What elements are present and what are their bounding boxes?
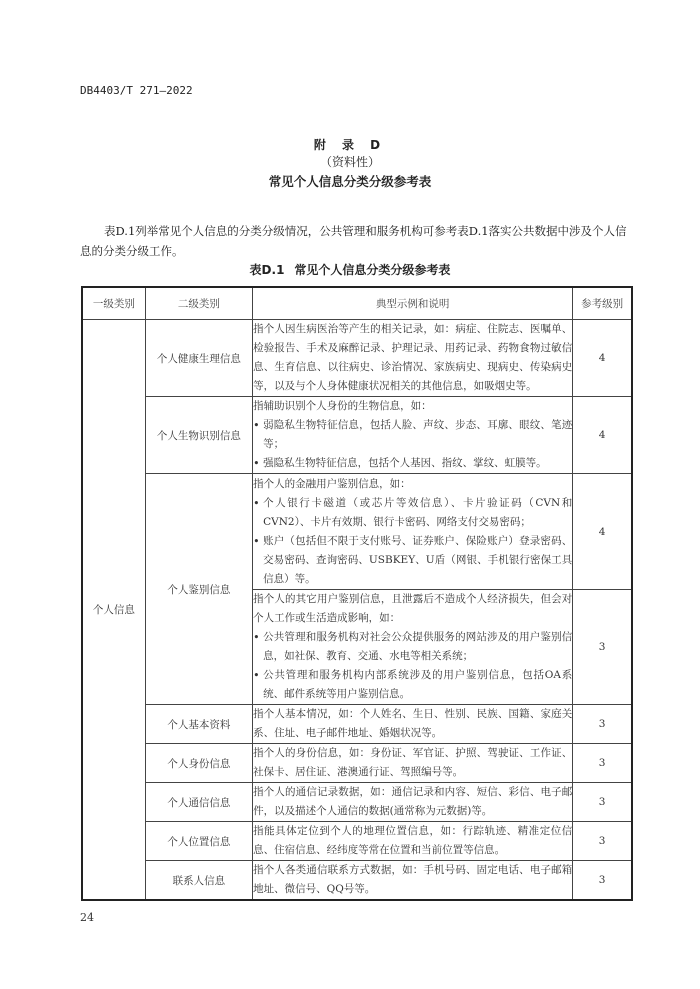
table-caption-number: 表D.1: [250, 263, 285, 277]
secondary-category-cell: 个人通信信息: [145, 783, 252, 822]
description-intro: 指个人各类通信联系方式数据，如：手机号码、固定电话、电子邮箱地址、微信号、QQ号…: [253, 861, 572, 899]
table-caption: 表D.1常见个人信息分类分级参考表: [0, 261, 700, 278]
intro-paragraph: 表D.1列举常见个人信息的分类分级情况，公共管理和服务机构可参考表D.1落实公共…: [80, 221, 628, 261]
secondary-category-cell: 个人基本资料: [145, 705, 252, 744]
table-row: 个人信息 个人健康生理信息 指个人因生病医治等产生的相关记录，如：病症、住院志、…: [82, 320, 632, 397]
table-row: 个人位置信息 指能具体定位到个人的地理位置信息，如：行踪轨迹、精准定位信息、住宿…: [82, 822, 632, 861]
description-bullet: 强隐私生物特征信息，包括个人基因、指纹、掌纹、虹膜等。: [253, 454, 572, 473]
description-cell: 指个人因生病医治等产生的相关记录，如：病症、住院志、医嘱单、检验报告、手术及麻醉…: [253, 320, 573, 397]
description-bullet: 弱隐私生物特征信息，包括人脸、声纹、步态、耳廓、眼纹、笔迹等；: [253, 416, 572, 454]
description-bullet: 公共管理和服务机构内部系统涉及的用户鉴别信息，包括OA系统、邮件系统等用户鉴别信…: [253, 666, 572, 704]
description-cell: 指个人的身份信息，如：身份证、军官证、护照、驾驶证、工作证、社保卡、居住证、港澳…: [253, 744, 573, 783]
level-cell: 3: [573, 822, 632, 861]
description-bullet-list: 个人银行卡磁道（或芯片等效信息）、卡片验证码（CVN和CVN2）、卡片有效期、银…: [253, 494, 572, 589]
table-row: 个人身份信息 指个人的身份信息，如：身份证、军官证、护照、驾驶证、工作证、社保卡…: [82, 744, 632, 783]
table-header-row: 一级类别 二级类别 典型示例和说明 参考级别: [82, 287, 632, 320]
secondary-category-cell: 个人身份信息: [145, 744, 252, 783]
table-caption-title: 常见个人信息分类分级参考表: [294, 263, 450, 277]
description-intro: 指个人的其它用户鉴别信息，且泄露后不造成个人经济损失，但会对个人工作或生活造成影…: [253, 590, 572, 628]
description-bullet-list: 弱隐私生物特征信息，包括人脸、声纹、步态、耳廓、眼纹、笔迹等； 强隐私生物特征信…: [253, 416, 572, 473]
level-cell: 4: [573, 397, 632, 474]
level-cell: 3: [573, 744, 632, 783]
description-bullet: 公共管理和服务机构对社会公众提供服务的网站涉及的用户鉴别信息，如社保、教育、交通…: [253, 628, 572, 666]
table-row: 个人基本资料 指个人基本情况，如：个人姓名、生日、性别、民族、国籍、家庭关系、住…: [82, 705, 632, 744]
description-bullet: 账户（包括但不限于支付账号、证券账户、保险账户）登录密码、交易密码、查询密码、U…: [253, 532, 572, 589]
column-header-examples: 典型示例和说明: [253, 287, 573, 320]
description-intro: 指个人的身份信息，如：身份证、军官证、护照、驾驶证、工作证、社保卡、居住证、港澳…: [253, 744, 572, 782]
page-number: 24: [80, 911, 94, 924]
description-bullet-list: 公共管理和服务机构对社会公众提供服务的网站涉及的用户鉴别信息，如社保、教育、交通…: [253, 628, 572, 704]
column-header-primary-category: 一级类别: [82, 287, 145, 320]
column-header-reference-level: 参考级别: [573, 287, 632, 320]
secondary-category-cell: 联系人信息: [145, 861, 252, 901]
description-bullet: 个人银行卡磁道（或芯片等效信息）、卡片验证码（CVN和CVN2）、卡片有效期、银…: [253, 494, 572, 532]
secondary-category-cell: 个人鉴别信息: [145, 474, 252, 705]
description-intro: 指个人的金融用户鉴别信息，如：: [253, 475, 572, 494]
description-cell: 指能具体定位到个人的地理位置信息，如：行踪轨迹、精准定位信息、住宿信息、经纬度等…: [253, 822, 573, 861]
column-header-secondary-category: 二级类别: [145, 287, 252, 320]
table-row: 个人生物识别信息 指辅助识别个人身份的生物信息，如： 弱隐私生物特征信息，包括人…: [82, 397, 632, 474]
table-row: 个人通信信息 指个人的通信记录数据，如：通信记录和内容、短信、彩信、电子邮件，以…: [82, 783, 632, 822]
description-intro: 指个人因生病医治等产生的相关记录，如：病症、住院志、医嘱单、检验报告、手术及麻醉…: [253, 320, 572, 396]
table-row: 联系人信息 指个人各类通信联系方式数据，如：手机号码、固定电话、电子邮箱地址、微…: [82, 861, 632, 901]
secondary-category-cell: 个人位置信息: [145, 822, 252, 861]
secondary-category-cell: 个人生物识别信息: [145, 397, 252, 474]
appendix-subtitle: 常见个人信息分类分级参考表: [0, 172, 700, 190]
level-cell: 3: [573, 590, 632, 705]
description-intro: 指能具体定位到个人的地理位置信息，如：行踪轨迹、精准定位信息、住宿信息、经纬度等…: [253, 822, 572, 860]
description-cell: 指个人的其它用户鉴别信息，且泄露后不造成个人经济损失，但会对个人工作或生活造成影…: [253, 590, 573, 705]
personal-info-classification-table: 一级类别 二级类别 典型示例和说明 参考级别 个人信息 个人健康生理信息 指个人…: [81, 286, 633, 901]
level-cell: 3: [573, 783, 632, 822]
description-intro: 指个人基本情况，如：个人姓名、生日、性别、民族、国籍、家庭关系、住址、电子邮件地…: [253, 705, 572, 743]
description-cell: 指个人的金融用户鉴别信息，如： 个人银行卡磁道（或芯片等效信息）、卡片验证码（C…: [253, 474, 573, 590]
description-cell: 指个人的通信记录数据，如：通信记录和内容、短信、彩信、电子邮件，以及描述个人通信…: [253, 783, 573, 822]
appendix-nature: （资料性）: [0, 153, 700, 170]
level-cell: 3: [573, 705, 632, 744]
appendix-title: 附 录 D: [0, 136, 700, 153]
level-cell: 3: [573, 861, 632, 901]
level-cell: 4: [573, 474, 632, 590]
description-cell: 指个人基本情况，如：个人姓名、生日、性别、民族、国籍、家庭关系、住址、电子邮件地…: [253, 705, 573, 744]
description-intro: 指辅助识别个人身份的生物信息，如：: [253, 397, 572, 416]
description-cell: 指个人各类通信联系方式数据，如：手机号码、固定电话、电子邮箱地址、微信号、QQ号…: [253, 861, 573, 901]
level-cell: 4: [573, 320, 632, 397]
description-intro: 指个人的通信记录数据，如：通信记录和内容、短信、彩信、电子邮件，以及描述个人通信…: [253, 783, 572, 821]
description-cell: 指辅助识别个人身份的生物信息，如： 弱隐私生物特征信息，包括人脸、声纹、步态、耳…: [253, 397, 573, 474]
standard-code: DB4403/T 271—2022: [80, 84, 193, 97]
primary-category-cell: 个人信息: [82, 320, 145, 901]
table-row: 个人鉴别信息 指个人的金融用户鉴别信息，如： 个人银行卡磁道（或芯片等效信息）、…: [82, 474, 632, 590]
secondary-category-cell: 个人健康生理信息: [145, 320, 252, 397]
